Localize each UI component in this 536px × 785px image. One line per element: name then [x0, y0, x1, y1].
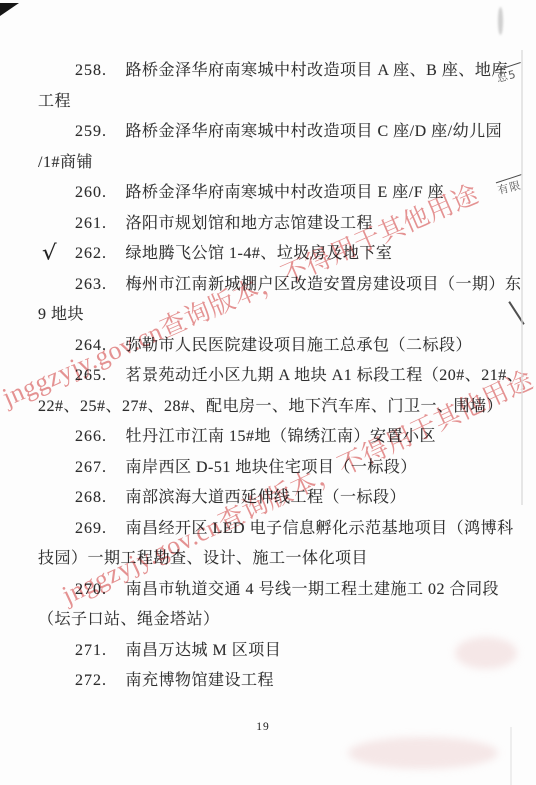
list-line: 259. 路桥金泽华府南寒城中村改造项目 C 座/D 座/幼儿园: [0, 117, 536, 148]
scan-smudge: [348, 737, 498, 769]
page-number: 19: [0, 721, 526, 733]
item-text: （坛子口站、绳金塔站）: [38, 611, 220, 628]
list-line: 265. 茗景苑动迁小区九期 A 地块 A1 标段工程（20#、21#、: [0, 361, 536, 392]
list-line: 工程: [0, 87, 536, 118]
item-text: 路桥金泽华府南寒城中村改造项目 C 座/D 座/幼儿园: [126, 123, 503, 140]
item-number: 268.: [75, 489, 107, 506]
list-line: /1#商铺: [0, 148, 536, 179]
list-line: 260. 路桥金泽华府南寒城中村改造项目 E 座/F 座: [0, 178, 536, 209]
list-line: 268. 南部滨海大道西延伸线工程（一标段）: [0, 483, 536, 514]
item-number: 265.: [75, 367, 107, 384]
list-line: 263. 梅州市江南新城棚户区改造安置房建设项目（一期）东: [0, 270, 536, 301]
item-text: 南充博物馆建设工程: [126, 672, 275, 689]
document-body: 258. 路桥金泽华府南寒城中村改造项目 A 座、B 座、地库 工程 259. …: [0, 56, 536, 697]
scanned-page: 258. 路桥金泽华府南寒城中村改造项目 A 座、B 座、地库 工程 259. …: [0, 0, 536, 785]
item-number: 259.: [75, 123, 107, 140]
page-edge-shadow: [521, 50, 523, 505]
item-text: 技园）一期工程勘查、设计、施工一体化项目: [38, 550, 368, 567]
list-line: 271. 南昌万达城 M 区项目: [0, 636, 536, 667]
item-number: 263.: [75, 276, 107, 293]
list-line: 272. 南充博物馆建设工程: [0, 666, 536, 697]
item-number: 261.: [75, 215, 107, 232]
list-line: 9 地块: [0, 300, 536, 331]
item-text: /1#商铺: [38, 154, 93, 171]
list-line: 261. 洛阳市规划馆和地方志馆建设工程: [0, 209, 536, 240]
scan-corner-artifact-icon: [0, 3, 19, 16]
item-number: 267.: [75, 459, 107, 476]
item-text: 牡丹江市江南 15#地（锦绣江南）安置小区: [126, 428, 437, 445]
scan-smudge: [498, 7, 503, 35]
list-line: 264. 弥勒市人民医院建设项目施工总承包（二标段）: [0, 331, 536, 362]
list-line: 22#、25#、27#、28#、配电房一、地下汽车库、门卫一、围墙）: [0, 392, 536, 423]
item-number: 269.: [75, 520, 107, 537]
page-edge-shadow-bottom: [510, 727, 512, 785]
item-number: 270.: [75, 581, 107, 598]
item-text: 路桥金泽华府南寒城中村改造项目 A 座、B 座、地库: [126, 62, 508, 79]
list-line: 258. 路桥金泽华府南寒城中村改造项目 A 座、B 座、地库: [0, 56, 536, 87]
item-text: 南岸西区 D-51 地块住宅项目（一标段）: [126, 459, 417, 476]
item-number: 266.: [75, 428, 107, 445]
item-text: 南昌万达城 M 区项目: [126, 642, 282, 659]
item-number: 260.: [75, 184, 107, 201]
list-line: √ 262. 绿地腾飞公馆 1-4#、垃圾房及地下室: [0, 239, 536, 270]
item-text: 路桥金泽华府南寒城中村改造项目 E 座/F 座: [126, 184, 445, 201]
item-text: 弥勒市人民医院建设项目施工总承包（二标段）: [126, 337, 473, 354]
item-number: 258.: [75, 62, 107, 79]
item-text: 工程: [38, 93, 71, 110]
item-text: 南部滨海大道西延伸线工程（一标段）: [126, 489, 407, 506]
list-line: 270. 南昌市轨道交通 4 号线一期工程土建施工 02 合同段: [0, 575, 536, 606]
list-line: （坛子口站、绳金塔站）: [0, 605, 536, 636]
item-number: 271.: [75, 642, 107, 659]
item-number: 264.: [75, 337, 107, 354]
list-line: 267. 南岸西区 D-51 地块住宅项目（一标段）: [0, 453, 536, 484]
item-text: 茗景苑动迁小区九期 A 地块 A1 标段工程（20#、21#、: [126, 367, 524, 384]
list-line: 266. 牡丹江市江南 15#地（锦绣江南）安置小区: [0, 422, 536, 453]
handwritten-check-icon: √: [42, 236, 57, 268]
item-number: 262.: [75, 245, 107, 262]
item-text: 22#、25#、27#、28#、配电房一、地下汽车库、门卫一、围墙）: [38, 398, 503, 415]
item-text: 南昌市轨道交通 4 号线一期工程土建施工 02 合同段: [126, 581, 500, 598]
item-number: 272.: [75, 672, 107, 689]
list-line: 技园）一期工程勘查、设计、施工一体化项目: [0, 544, 536, 575]
item-text: 梅州市江南新城棚户区改造安置房建设项目（一期）东: [126, 276, 522, 293]
item-text: 洛阳市规划馆和地方志馆建设工程: [126, 215, 374, 232]
item-text: 9 地块: [38, 306, 84, 323]
item-text: 绿地腾飞公馆 1-4#、垃圾房及地下室: [126, 245, 393, 262]
item-text: 南昌经开区 LED 电子信息孵化示范基地项目（鸿博科: [126, 520, 514, 537]
list-line: 269. 南昌经开区 LED 电子信息孵化示范基地项目（鸿博科: [0, 514, 536, 545]
